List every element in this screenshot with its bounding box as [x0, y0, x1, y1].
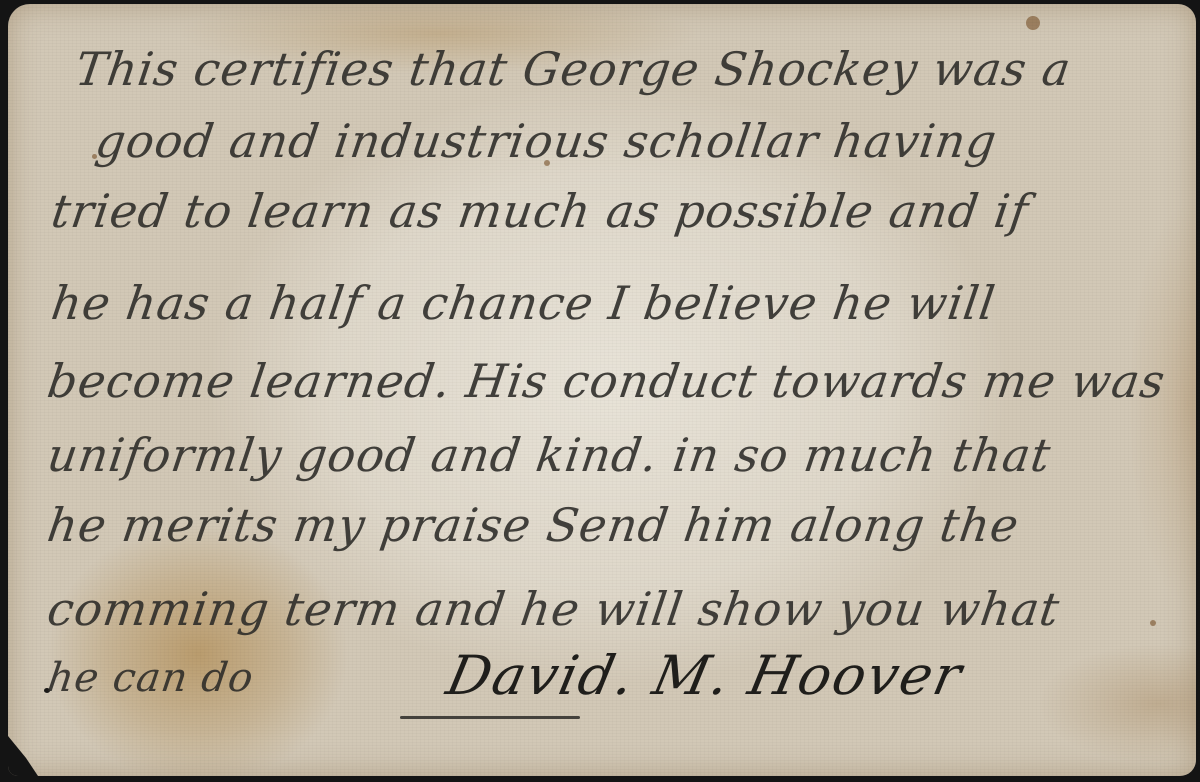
- body-line-9: he can do: [45, 658, 256, 698]
- certificate-card: This certifies that George Shockey was a…: [8, 4, 1196, 776]
- signature-underline: [400, 716, 580, 719]
- body-line-5: become learned. His conduct towards me w…: [45, 358, 1169, 404]
- signature: David. M. Hoover: [441, 644, 969, 707]
- ink-spot: [1150, 620, 1156, 626]
- body-line-4: he has a half a chance I believe he will: [49, 280, 999, 326]
- body-line-8: comming term and he will show you what: [45, 586, 1063, 632]
- body-line-6: uniformly good and kind. in so much that: [45, 432, 1054, 478]
- body-line-7: he merits my praise Send him along the: [45, 502, 1022, 548]
- body-line-3: tried to learn as much as possible and i…: [49, 188, 1032, 234]
- body-line-1: This certifies that George Shockey was a: [73, 46, 1074, 92]
- body-line-2: good and industrious schollar having: [93, 118, 1000, 164]
- torn-corner: [8, 736, 38, 776]
- ink-spot: [1026, 16, 1040, 30]
